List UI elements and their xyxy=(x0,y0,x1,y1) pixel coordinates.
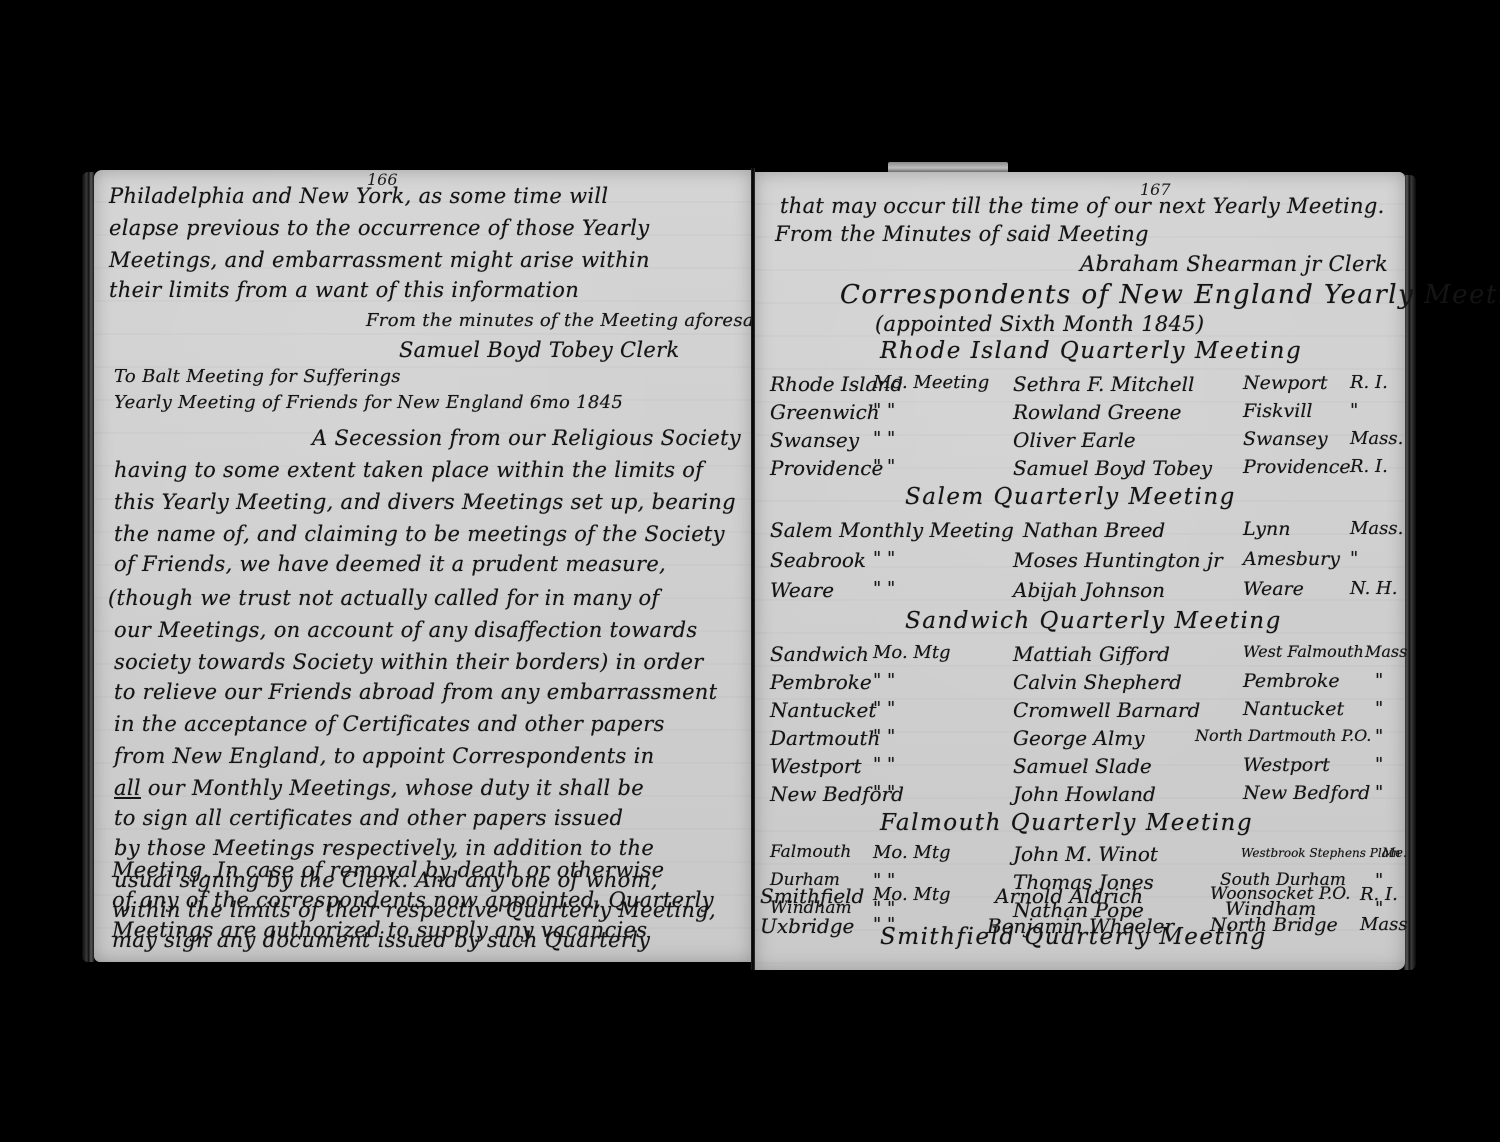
name-cell: Rowland Greene xyxy=(1013,400,1182,424)
text-line: From the minutes of the Meeting aforesai… xyxy=(366,310,772,331)
type-cell: " " xyxy=(873,726,895,747)
state-cell: " xyxy=(1375,726,1383,747)
text-line: of Friends, we have deemed it a prudent … xyxy=(114,552,666,576)
meeting-cell: Nantucket xyxy=(770,698,876,722)
name-cell: Oliver Earle xyxy=(1013,428,1136,452)
meeting-cell: Sandwich xyxy=(770,642,869,666)
text-line: (appointed Sixth Month 1845) xyxy=(875,312,1204,336)
name-cell: Abijah Johnson xyxy=(1013,578,1165,602)
meeting-cell: Greenwich xyxy=(770,400,880,424)
table-row: Seabrook " " Moses Huntington jr Amesbur… xyxy=(755,548,1405,578)
meeting-cell: Dartmouth xyxy=(770,726,880,750)
name-cell: John M. Winot xyxy=(1013,842,1158,866)
state-cell: " xyxy=(1375,698,1383,719)
quarterly-meeting-title: Falmouth Quarterly Meeting xyxy=(880,810,1253,836)
state-cell: N. H. xyxy=(1350,578,1397,599)
type-cell: Mo. Mtg xyxy=(873,842,951,863)
page-tab xyxy=(888,162,1008,172)
place-cell: Newport xyxy=(1243,372,1327,394)
text-line: their limits from a want of this informa… xyxy=(109,278,579,302)
right-page: 167 that may occur till the time of our … xyxy=(755,172,1405,970)
type-cell: " " xyxy=(873,698,895,719)
meeting-cell: Weare xyxy=(770,578,834,602)
signature-line: Abraham Shearman jr Clerk xyxy=(1080,252,1388,276)
text-line: A Secession from our Religious Society xyxy=(312,426,741,450)
text-line: all our Monthly Meetings, whose duty it … xyxy=(114,776,644,800)
type-cell: " " xyxy=(873,670,895,691)
place-cell: North Bridge xyxy=(1210,914,1338,936)
text-line: To Balt Meeting for Sufferings xyxy=(114,366,401,387)
place-cell: Westport xyxy=(1243,754,1330,776)
meeting-cell: Falmouth xyxy=(770,842,851,862)
ledger-spread: 166 Philadelphia and New York, as some t… xyxy=(0,0,1500,1142)
type-cell: Mo. Mtg xyxy=(873,884,951,905)
meeting-cell: Smithfield xyxy=(760,884,864,908)
text-line: From the Minutes of said Meeting xyxy=(775,222,1149,246)
table-row: Smithfield Mo. Mtg Arnold Aldrich Woonso… xyxy=(755,884,1405,914)
text-line: that may occur till the time of our next… xyxy=(780,194,1385,218)
place-cell: North Dartmouth P.O. xyxy=(1195,726,1371,745)
table-row: Falmouth Mo. Mtg John M. Winot Westbrook… xyxy=(755,842,1405,872)
state-cell: R. I. xyxy=(1350,456,1388,477)
table-row: Westport " " Samuel Slade Westport " xyxy=(755,754,1405,784)
table-row: Nantucket " " Cromwell Barnard Nantucket… xyxy=(755,698,1405,728)
text-line: Yearly Meeting of Friends for New Englan… xyxy=(114,392,623,413)
state-cell: Mass xyxy=(1360,914,1408,935)
section-heading: Correspondents of New England Yearly Mee… xyxy=(840,280,1500,310)
meeting-cell: Seabrook xyxy=(770,548,866,572)
table-row: Swansey " " Oliver Earle Swansey Mass. xyxy=(755,428,1405,458)
state-cell: " xyxy=(1375,754,1383,775)
quarterly-meeting-title: Sandwich Quarterly Meeting xyxy=(905,608,1282,634)
book-edge-left xyxy=(82,172,94,962)
quarterly-meeting-title: Salem Quarterly Meeting xyxy=(905,484,1236,510)
name-cell: John Howland xyxy=(1013,782,1156,806)
type-cell: Mo. Mtg xyxy=(873,642,951,663)
type-cell: " " xyxy=(873,754,895,775)
text-line: to sign all certificates and other paper… xyxy=(114,806,623,830)
type-cell: " " xyxy=(873,782,895,803)
type-cell: " " xyxy=(873,578,895,599)
state-cell: " xyxy=(1350,400,1358,421)
text-line: Meeting. In case of removal by death or … xyxy=(112,858,664,882)
state-cell: " xyxy=(1375,782,1383,803)
place-cell: Weare xyxy=(1243,578,1304,600)
place-cell: Fiskvill xyxy=(1243,400,1313,422)
text-line: our Meetings, on account of any disaffec… xyxy=(114,618,697,642)
type-cell: " " xyxy=(873,400,895,421)
meeting-cell: Uxbridge xyxy=(760,914,854,938)
place-cell: Lynn xyxy=(1243,518,1291,540)
name-cell: Benjamin Wheeler xyxy=(987,914,1174,938)
type-cell: Mo. Meeting xyxy=(873,372,989,393)
place-cell: Amesbury xyxy=(1243,548,1340,570)
text-line: by those Meetings respectively, in addit… xyxy=(114,836,654,860)
type-cell: " " xyxy=(873,428,895,449)
table-row: Salem Monthly Meeting Nathan Breed Lynn … xyxy=(755,518,1405,548)
place-cell: Nantucket xyxy=(1243,698,1344,720)
state-cell: Me. xyxy=(1382,846,1407,861)
place-cell: West Falmouth xyxy=(1243,642,1364,661)
place-cell: Providence xyxy=(1243,456,1351,478)
table-row: New Bedford " " John Howland New Bedford… xyxy=(755,782,1405,812)
state-cell: R. I. xyxy=(1350,372,1388,393)
state-cell: " xyxy=(1375,670,1383,691)
table-row: Pembroke " " Calvin Shepherd Pembroke " xyxy=(755,670,1405,700)
text-line: in the acceptance of Certificates and ot… xyxy=(114,712,665,736)
text-line: of any of the correspondents now appoint… xyxy=(112,888,714,912)
name-cell: Samuel Boyd Tobey xyxy=(1013,456,1212,480)
table-row: Greenwich " " Rowland Greene Fiskvill " xyxy=(755,400,1405,430)
text-line: having to some extent taken place within… xyxy=(114,458,703,482)
state-cell: " xyxy=(1350,548,1358,569)
meeting-cell: Providence xyxy=(770,456,883,480)
name-cell: Arnold Aldrich xyxy=(995,884,1143,908)
name-cell: George Almy xyxy=(1013,726,1145,750)
meeting-cell: Swansey xyxy=(770,428,859,452)
table-row: Weare " " Abijah Johnson Weare N. H. xyxy=(755,578,1405,608)
text-line: elapse previous to the occurrence of tho… xyxy=(109,216,649,240)
state-cell: R. I. xyxy=(1360,884,1398,905)
name-cell: Cromwell Barnard xyxy=(1013,698,1200,722)
meeting-cell: Pembroke xyxy=(770,670,872,694)
text-line: Philadelphia and New York, as some time … xyxy=(109,184,608,208)
text-line: society towards Society within their bor… xyxy=(114,650,704,674)
place-cell: New Bedford xyxy=(1243,782,1370,804)
underlined-word: all xyxy=(114,776,141,800)
type-cell: " " xyxy=(873,548,895,569)
table-row: Providence " " Samuel Boyd Tobey Provide… xyxy=(755,456,1405,486)
table-row: Sandwich Mo. Mtg Mattiah Gifford West Fa… xyxy=(755,642,1405,672)
text-line: Meetings are authorized to supply any va… xyxy=(112,918,647,942)
text-line: the name of, and claiming to be meetings… xyxy=(114,522,725,546)
quarterly-meeting-title: Rhode Island Quarterly Meeting xyxy=(880,338,1302,364)
text-line: Meetings, and embarrassment might arise … xyxy=(109,248,650,272)
name-cell: Samuel Slade xyxy=(1013,754,1152,778)
text-line: to relieve our Friends abroad from any e… xyxy=(114,680,717,704)
signature-line: Samuel Boyd Tobey Clerk xyxy=(399,338,680,362)
place-cell: Swansey xyxy=(1243,428,1328,450)
text-line: this Yearly Meeting, and divers Meetings… xyxy=(114,490,736,514)
name-cell: Calvin Shepherd xyxy=(1013,670,1182,694)
place-cell: Woonsocket P.O. xyxy=(1210,884,1351,904)
table-row: Rhode Island Mo. Meeting Sethra F. Mitch… xyxy=(755,372,1405,402)
name-cell: Sethra F. Mitchell xyxy=(1013,372,1194,396)
text-line: (though we trust not actually called for… xyxy=(108,586,659,610)
table-row: Dartmouth " " George Almy North Dartmout… xyxy=(755,726,1405,756)
state-cell: Mass xyxy=(1365,642,1407,661)
place-cell: Pembroke xyxy=(1243,670,1340,692)
meeting-cell: Westport xyxy=(770,754,862,778)
text-line: from New England, to appoint Corresponde… xyxy=(114,744,654,768)
type-cell: " " xyxy=(873,914,895,935)
left-page: 166 Philadelphia and New York, as some t… xyxy=(94,170,752,962)
type-cell: " " xyxy=(873,456,895,477)
name-cell: Nathan Breed xyxy=(1023,518,1165,542)
table-row: Uxbridge " " Benjamin Wheeler North Brid… xyxy=(755,914,1405,944)
state-cell: Mass. xyxy=(1350,518,1403,539)
name-cell: Moses Huntington jr xyxy=(1013,548,1223,572)
name-cell: Mattiah Gifford xyxy=(1013,642,1170,666)
meeting-cell: Salem Monthly Meeting xyxy=(770,518,1014,542)
place-cell: Westbrook Stephens Plain xyxy=(1241,846,1400,860)
state-cell: Mass. xyxy=(1350,428,1403,449)
